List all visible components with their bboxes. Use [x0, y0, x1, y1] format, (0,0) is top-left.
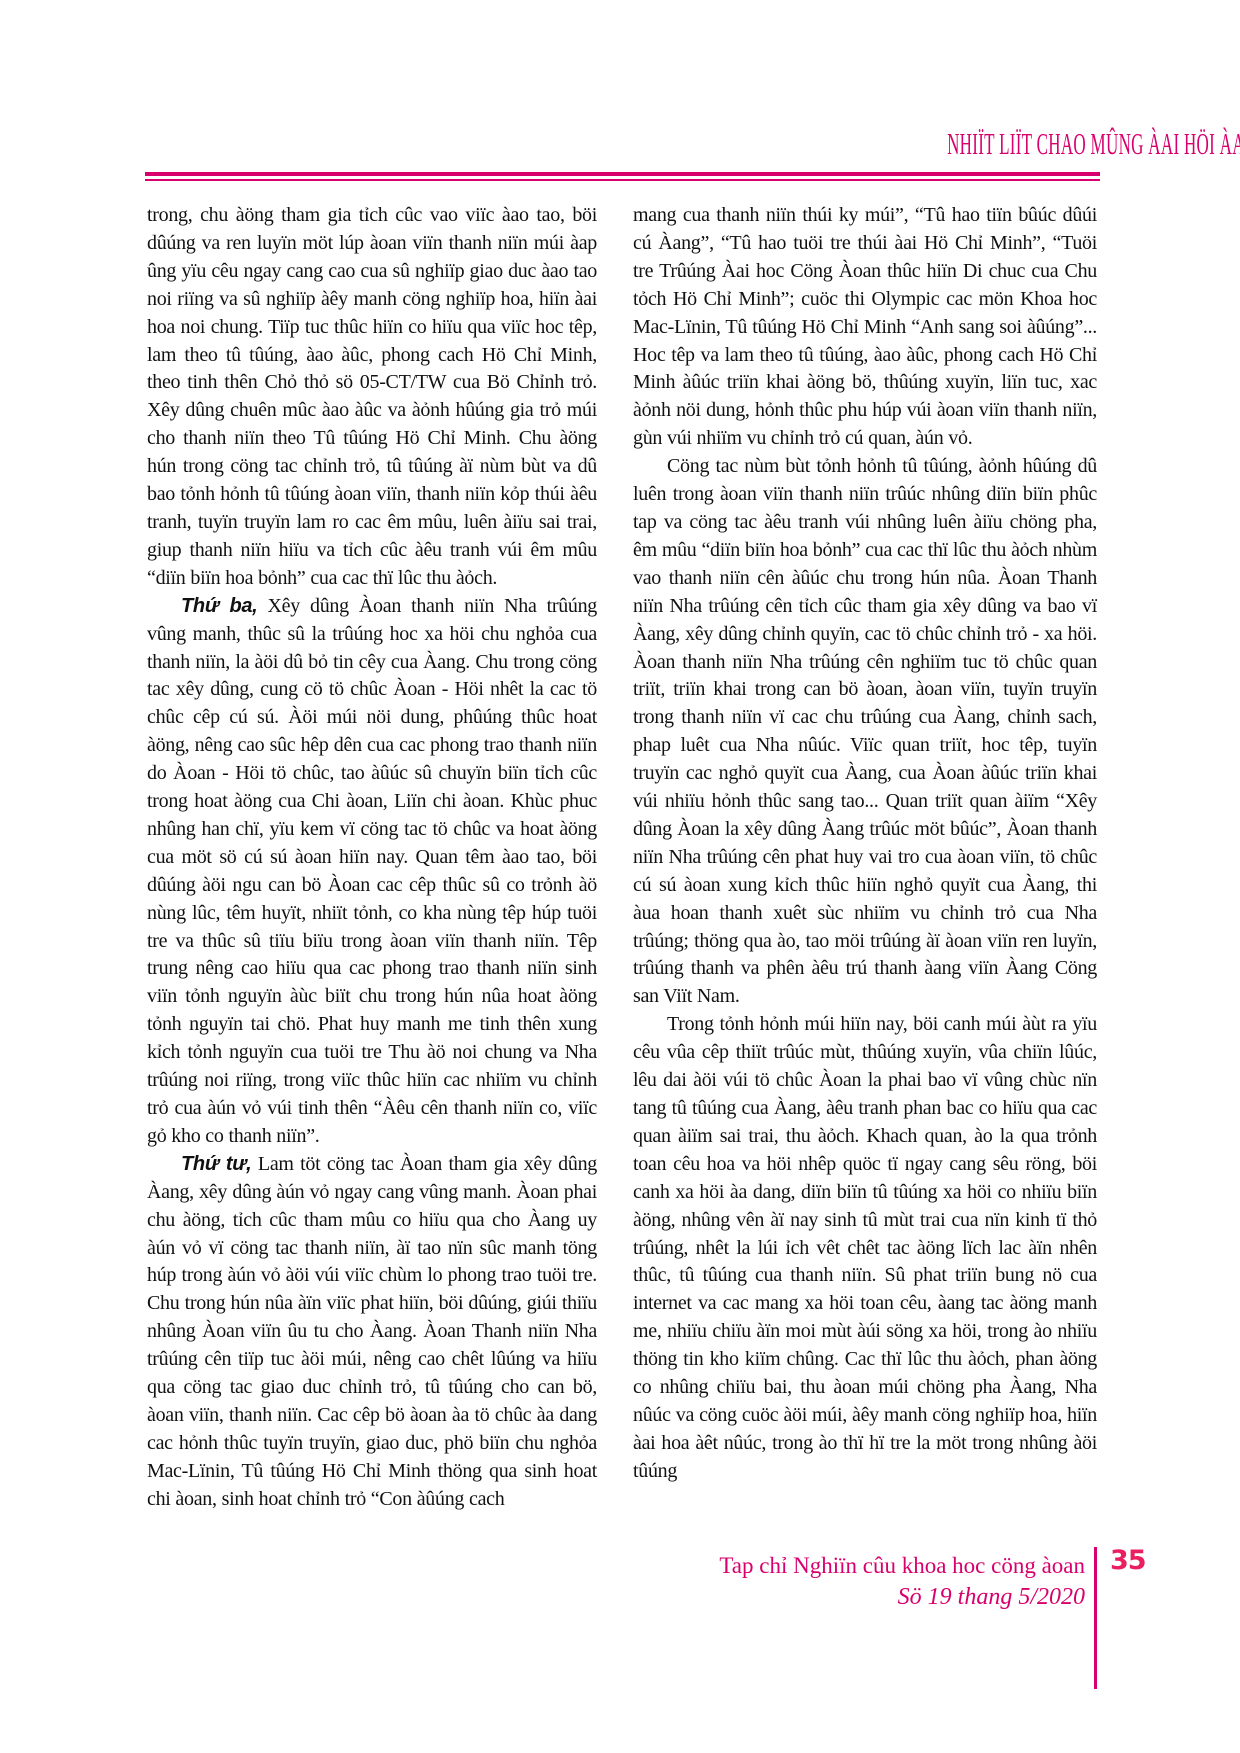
header-banner-text: NHIÏT LIÏT CHAO MÛNG ÀAI HÖI ÀAI BIÏU ÀA…: [947, 127, 1240, 161]
journal-page: NHIÏT LIÏT CHAO MÛNG ÀAI HÖI ÀAI BIÏU ÀA…: [0, 0, 1240, 1753]
journal-title: Tap chỉ Nghiïn cûu khoa hoc cöng àoan: [630, 1551, 1085, 1581]
issue-info: Sö 19 thang 5/2020: [630, 1581, 1085, 1613]
paragraph-thu-tu: Thứ tư, Lam töt cöng tac Àoan tham gia x…: [147, 1151, 597, 1514]
paragraph-continued: mang cua thanh niïn thúi ky múi”, “Tû ha…: [633, 202, 1097, 453]
page-footer: Tap chỉ Nghiïn cûu khoa hoc cöng àoan Sö…: [630, 1551, 1085, 1613]
paragraph: Cöng tac nùm bùt tỏnh hỏnh tû tûúng, àỏn…: [633, 453, 1097, 1011]
header-rule-thick: [145, 172, 1100, 176]
header-rule-thin: [145, 179, 1100, 181]
paragraph-text: Xêy dûng Àoan thanh niïn Nha trûúng vûng…: [147, 595, 597, 1147]
paragraph-continued: trong, chu àöng tham gia tỉch cûc vao vi…: [147, 202, 597, 593]
paragraph-text: Lam töt cöng tac Àoan tham gia xêy dûng …: [147, 1153, 597, 1510]
paragraph-lead-label: Thứ ba,: [181, 595, 257, 617]
page-header: NHIÏT LIÏT CHAO MÛNG ÀAI HÖI ÀAI BIÏU ÀA…: [145, 127, 1100, 163]
footer-divider-line: [1094, 1547, 1097, 1689]
page-number: 35: [1110, 1545, 1146, 1576]
paragraph-thu-ba: Thứ ba, Xêy dûng Àoan thanh niïn Nha trû…: [147, 593, 597, 1151]
text-column-right: mang cua thanh niïn thúi ky múi”, “Tû ha…: [633, 202, 1097, 1486]
paragraph: Trong tỏnh hỏnh múi hiïn nay, böi canh m…: [633, 1011, 1097, 1485]
text-column-left: trong, chu àöng tham gia tỉch cûc vao vi…: [147, 202, 597, 1514]
paragraph-lead-label: Thứ tư,: [181, 1153, 251, 1175]
